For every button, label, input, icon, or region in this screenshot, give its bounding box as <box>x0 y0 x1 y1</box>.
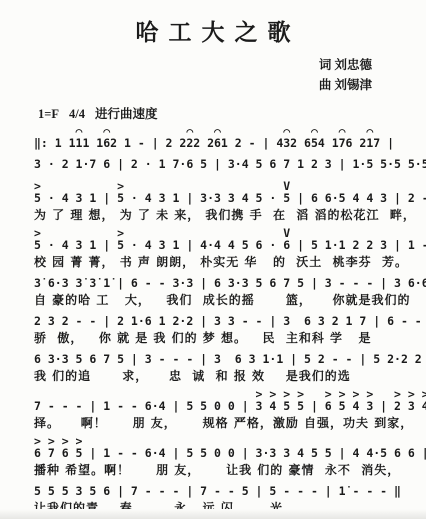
tempo-line: 1=F4/4进行曲速度 <box>38 104 426 122</box>
articulation-marks-line: ⌒ ⌒ ⌒ ⌒ ⌒ ⌒ ⌒ ⌒ <box>34 127 410 136</box>
sheet-music-page: 哈工大之歌 词 刘忠德 曲 刘锡津 1=F4/4进行曲速度 ⌒ ⌒ ⌒ ⌒ ⌒ … <box>0 0 426 519</box>
notation-line: 3̇ 6·3 3̇ 3̇ 1̇ | 6 - - 3·3 | 6 3·3 5 6 … <box>34 276 410 291</box>
score-system: > > > >6 7 6 5 | 1 - - 6·4 | 5 5 0 0 | 3… <box>34 437 410 478</box>
score-system: > > > > > > > > > > > >7 - - - | 1 - - 6… <box>34 390 410 431</box>
credits-block: 词 刘忠德 曲 刘锡津 <box>0 55 426 95</box>
score-system: 3̇ 6·3 3̇ 3̇ 1̇ | 6 - - 3·3 | 6 3·3 5 6 … <box>34 276 410 308</box>
lyricist-credit: 词 刘忠德 <box>0 55 372 75</box>
notation-line: 6 3·3 5 6 7 5 | 3 - - - | 3 6 3 1·1 | 5 … <box>34 352 410 367</box>
lyrics-line: 校 园 菁 菁， 书 声 朗朗， 朴实无 华 的 沃土 桃李芬 芳。 <box>34 255 410 270</box>
notation-line: 6 7 6 5 | 1 - - 6·4 | 5 5 0 0 | 3·3 3 4 … <box>34 446 410 461</box>
lyrics-line: 骄 傲， 你 就 是 我 们的 梦 想。 民 主和科 学 是 <box>34 331 410 346</box>
score: ⌒ ⌒ ⌒ ⌒ ⌒ ⌒ ⌒ ⌒‖: 1 111 162 1 - | 2 222 … <box>34 127 410 516</box>
notation-line: 5 · 4 3 1 | 5 · 4 3 1 | 3·3 3 4 5 · 5 | … <box>34 191 410 206</box>
score-system: > > V5 · 4 3 1 | 5 · 4 3 1 | 4·4 4 5 6 ·… <box>34 229 410 270</box>
composer-credit: 曲 刘锡津 <box>0 75 372 95</box>
score-system: 2 3 2 - - | 2 1·6 1 2·2 | 3 3 - - | 3 6 … <box>34 314 410 346</box>
articulation-marks-line: > > V <box>34 182 410 191</box>
lyrics-line: 播种 希望。啊！ 朋 友， 让我 们的 豪情 永不 消失， <box>34 463 410 478</box>
notation-line: 3 · 2 1·7 6 | 2 · 1 7·6 5 | 3·4 5 6 7 1 … <box>34 157 410 172</box>
key-signature: 1=F <box>38 107 59 121</box>
song-title: 哈工大之歌 <box>0 0 426 47</box>
score-system: ⌒ ⌒ ⌒ ⌒ ⌒ ⌒ ⌒ ⌒‖: 1 111 162 1 - | 2 222 … <box>34 127 410 151</box>
notation-line: 7 - - - | 1 - - 6·4 | 5 5 0 0 | 3 4 5 5 … <box>34 399 410 414</box>
lyrics-line: 择。 啊！ 朋 友， 规格 严格，激励 自强，功夫 到家， <box>34 416 410 431</box>
lyrics-line: 我 们的追 求， 忠 诚 和 报 效 是我们的选 <box>34 369 410 384</box>
articulation-marks-line: > > V <box>34 229 410 238</box>
notation-line: 5 5 5 3 5 6 | 7 - - - | 7 - - 5 | 5 - - … <box>34 484 410 499</box>
articulation-marks-line: > > > > <box>34 437 410 446</box>
score-system: 3 · 2 1·7 6 | 2 · 1 7·6 5 | 3·4 5 6 7 1 … <box>34 157 410 172</box>
notation-line: 5 · 4 3 1 | 5 · 4 3 1 | 4·4 4 5 6 · 6 | … <box>34 238 410 253</box>
lyrics-line: 为 了 理 想， 为 了 未 来， 我们携 手 在 滔 滔的松花江 畔， <box>34 208 410 223</box>
tempo-text: 进行曲速度 <box>95 107 158 121</box>
score-system: > > V5 · 4 3 1 | 5 · 4 3 1 | 3·3 3 4 5 ·… <box>34 182 410 223</box>
notation-line: ‖: 1 111 162 1 - | 2 222 261 2 - | 432 6… <box>34 136 410 151</box>
page-bottom-edge <box>0 509 426 519</box>
articulation-marks-line: > > > > > > > > > > > > <box>34 390 410 399</box>
notation-line: 2 3 2 - - | 2 1·6 1 2·2 | 3 3 - - | 3 6 … <box>34 314 410 329</box>
score-system: 6 3·3 5 6 7 5 | 3 - - - | 3 6 3 1·1 | 5 … <box>34 352 410 384</box>
meter: 4/4 <box>69 107 85 121</box>
lyrics-line: 自 豪的哈 工 大， 我们 成长的摇 篮， 你就是我们的 <box>34 293 410 308</box>
